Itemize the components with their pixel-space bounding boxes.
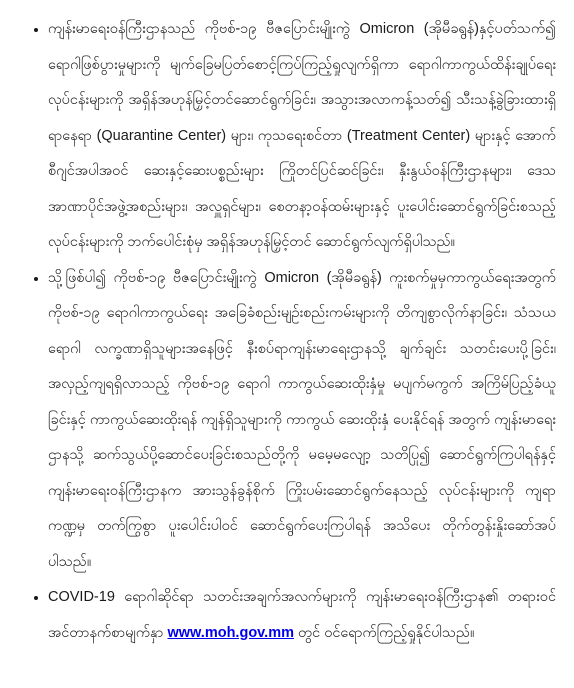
bullet-list: ကျန်းမာရေးဝန်ကြီးဌာနသည် ကိုဗစ်-၁၉ ဗီဇပြေ… bbox=[24, 12, 556, 651]
paragraph-text: ကျန်းမာရေးဝန်ကြီးဌာနသည် ကိုဗစ်-၁၉ ဗီဇပြေ… bbox=[48, 21, 556, 250]
paragraph-text: သို့ဖြစ်ပါ၍ ကိုဗစ်-၁၉ ဗီဇပြောင်းမျိုးကွဲ… bbox=[48, 270, 556, 570]
paragraph-text-after-link: တွင် ဝင်ရောက်ကြည့်ရှုနိုင်ပါသည်။ bbox=[294, 625, 474, 641]
bullet-paragraph-2: သို့ဖြစ်ပါ၍ ကိုဗစ်-၁၉ ဗီဇပြောင်းမျိုးကွဲ… bbox=[48, 261, 556, 581]
bullet-paragraph-3: COVID-19 ရောဂါဆိုင်ရာ သတင်းအချက်အလက်များ… bbox=[48, 580, 556, 651]
moh-website-link[interactable]: www.moh.gov.mm bbox=[168, 625, 294, 641]
bullet-paragraph-1: ကျန်းမာရေးဝန်ကြီးဌာနသည် ကိုဗစ်-၁၉ ဗီဇပြေ… bbox=[48, 12, 556, 261]
document-page: ကျန်းမာရေးဝန်ကြီးဌာနသည် ကိုဗစ်-၁၉ ဗီဇပြေ… bbox=[0, 0, 574, 688]
